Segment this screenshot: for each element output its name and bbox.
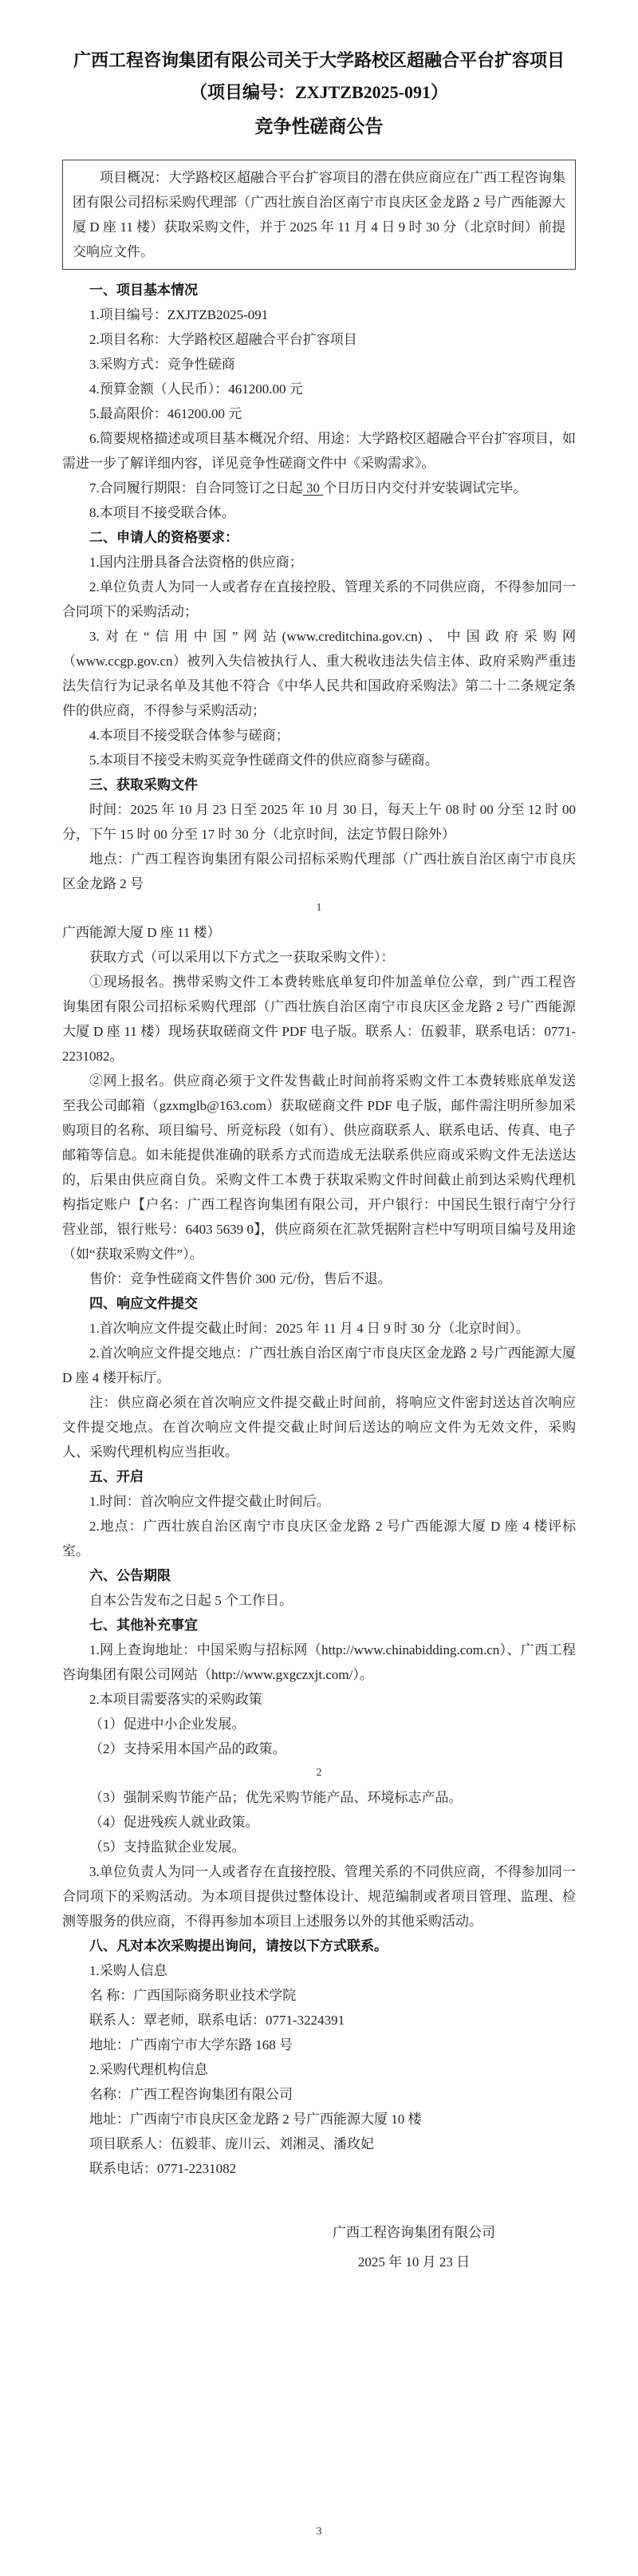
paragraph: 地点：广西工程咨询集团有限公司招标采购代理部（广西壮族自治区南宁市良庆区金龙路 …	[62, 847, 576, 896]
section-heading: 三、获取采购文件	[62, 772, 576, 797]
paragraph: ②网上报名。供应商必须于文件发售截止时间前将采购文件工本费转账底单发送至我公司邮…	[62, 1069, 576, 1266]
signature-date: 2025 年 10 月 23 日	[282, 2247, 545, 2277]
paragraph: 3.采购方式：竞争性磋商	[62, 352, 576, 377]
text-segment: 7.合同履行期限：自合同签订之日起	[89, 480, 303, 496]
document-page: 广西工程咨询集团有限公司关于大学路校区超融合平台扩容项目（项目编号：ZXJTZB…	[0, 0, 638, 2576]
paragraph: 联系人：覃老师，联系电话：0771-3224391	[62, 2008, 576, 2033]
section-heading: 五、开启	[62, 1464, 576, 1489]
section-heading: 二、申请人的资格要求：	[62, 525, 576, 550]
paragraph: 自本公告发布之日起 5 个工作日。	[62, 1588, 576, 1613]
paragraph: 1.首次响应文件提交截止时间：2025 年 11 月 4 日 9 时 30 分（…	[62, 1316, 576, 1341]
paragraph: （3）强制采购节能产品；优先采购节能产品、环境标志产品。	[62, 1785, 576, 1810]
paragraph: 时间：2025 年 10 月 23 日至 2025 年 10 月 30 日，每天…	[62, 797, 576, 847]
paragraph: 注：供应商必须在首次响应文件提交截止时间前，将响应文件密封送达首次响应文件提交地…	[62, 1390, 576, 1464]
paragraph: （5）支持监狱企业发展。	[62, 1835, 576, 1859]
page-number: 1	[62, 896, 576, 920]
paragraph: 2.本项目需要落实的采购政策	[62, 1687, 576, 1712]
paragraph: 1.网上查询地址：中国采购与招标网（http://www.chinabiddin…	[62, 1638, 576, 1687]
paragraph: 6.简要规格描述或项目基本概况介绍、用途：大学路校区超融合平台扩容项目，如需进一…	[62, 426, 576, 476]
paragraph: 3.对在“信用中国”网站(www.creditchina.gov.cn)、中国政…	[62, 624, 576, 723]
paragraph: 5.最高限价：461200.00 元	[62, 401, 576, 426]
page-number: 2	[62, 1761, 576, 1785]
paragraph: 2.采购代理机构信息	[62, 2057, 576, 2082]
section-heading: 四、响应文件提交	[62, 1291, 576, 1316]
section-heading: 六、公告期限	[62, 1563, 576, 1588]
doc-subtitle: 竞争性磋商公告	[62, 110, 576, 144]
section-heading: 八、凡对本次采购提出询问，请按以下方式联系。	[62, 1934, 576, 1958]
paragraph: 名称：广西工程咨询集团有限公司	[62, 2082, 576, 2107]
doc-title: 广西工程咨询集团有限公司关于大学路校区超融合平台扩容项目	[62, 45, 576, 77]
paragraph: 2.地点：广西壮族自治区南宁市良庆区金龙路 2 号广西能源大厦 D 座 4 楼评…	[62, 1514, 576, 1563]
paragraph: 1.采购人信息	[62, 1958, 576, 1983]
paragraph: 1.项目编号：ZXJTZB2025-091	[62, 302, 576, 327]
paragraph: 4.预算金额（人民币）：461200.00 元	[62, 377, 576, 401]
paragraph: 售价：竞争性磋商文件售价 300 元/份，售后不退。	[62, 1266, 576, 1291]
paragraph: 地址：广西南宁市良庆区金龙路 2 号广西能源大厦 10 楼	[62, 2107, 576, 2132]
underlined-value: 30	[303, 480, 324, 496]
paragraph: 7.合同履行期限：自合同签订之日起 30 个日历日内交付并安装调试完毕。	[62, 476, 576, 500]
paragraph: 项目联系人：伍毅菲、庞川云、刘湘灵、潘玫妃	[62, 2132, 576, 2156]
section-heading: 一、项目基本情况	[62, 278, 576, 302]
paragraph: 2.单位负责人为同一人或者存在直接控股、管理关系的不同供应商，不得参加同一合同项…	[62, 575, 576, 624]
paragraph: （2）支持采用本国产品的政策。	[62, 1736, 576, 1761]
paragraph: 4.本项目不接受联合体参与磋商；	[62, 723, 576, 748]
paragraph: ①现场报名。携带采购文件工本费转账底单复印件加盖单位公章，到广西工程咨询集团有限…	[62, 970, 576, 1069]
paragraph: 获取方式（可以采用以下方式之一获取采购文件）：	[62, 945, 576, 970]
paragraph: 5.本项目不接受未购买竞争性磋商文件的供应商参与磋商。	[62, 748, 576, 772]
paragraph: 3.单位负责人为同一人或者存在直接控股、管理关系的不同供应商，不得参加同一合同项…	[62, 1859, 576, 1934]
paragraph: 8.本项目不接受联合体。	[62, 500, 576, 525]
doc-title: （项目编号：ZXJTZB2025-091）	[62, 77, 576, 109]
paragraph: 地址：广西南宁市大学东路 168 号	[62, 2033, 576, 2057]
paragraph: （1）促进中小企业发展。	[62, 1712, 576, 1736]
text-segment: 个日历日内交付并安装调试完毕。	[323, 480, 526, 496]
paragraph: 2.首次响应文件提交地点：广西壮族自治区南宁市良庆区金龙路 2 号广西能源大厦 …	[62, 1341, 576, 1390]
paragraph-continuation: 广西能源大厦 D 座 11 楼）	[62, 920, 576, 945]
paragraph: 联系电话：0771-2231082	[62, 2156, 576, 2181]
paragraph: 1.时间：首次响应文件提交截止时间后。	[62, 1489, 576, 1514]
paragraph: （4）促进残疾人就业政策。	[62, 1810, 576, 1835]
paragraph: 名 称：广西国际商务职业技术学院	[62, 1983, 576, 2008]
paragraph: 2.项目名称：大学路校区超融合平台扩容项目	[62, 327, 576, 352]
signature-org: 广西工程咨询集团有限公司	[282, 2218, 545, 2247]
signature-block: 广西工程咨询集团有限公司2025 年 10 月 23 日	[282, 2218, 545, 2277]
project-overview: 项目概况：大学路校区超融合平台扩容项目的潜在供应商应在广西工程咨询集团有限公司招…	[62, 160, 576, 270]
section-heading: 七、其他补充事宜	[62, 1613, 576, 1638]
paragraph: 1.国内注册具备合法资格的供应商；	[62, 550, 576, 575]
page-number: 3	[62, 2520, 576, 2544]
